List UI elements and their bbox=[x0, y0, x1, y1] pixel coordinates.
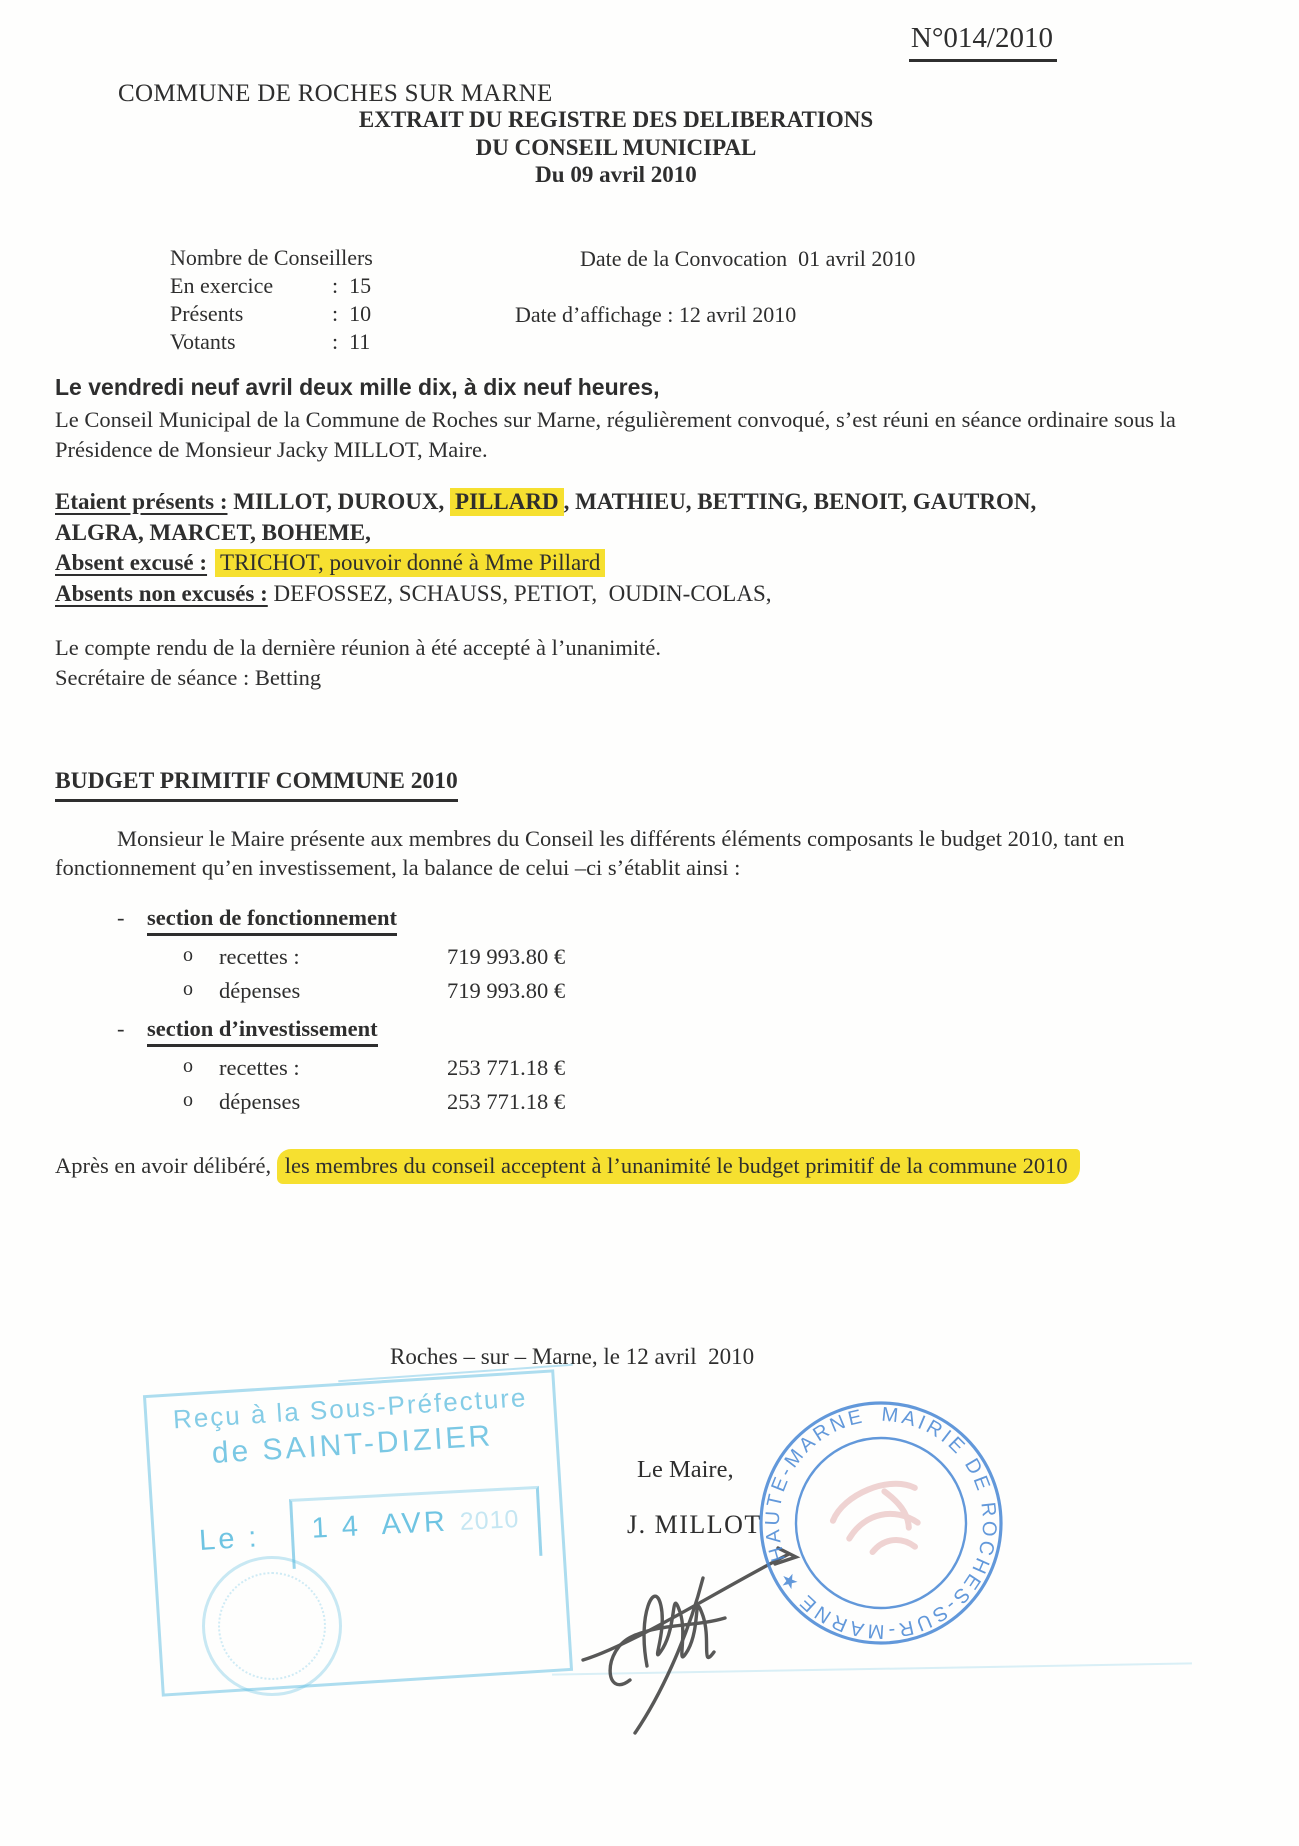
non-excused-absent-label: Absents non excusés : bbox=[55, 581, 268, 606]
presents-name-highlighted: PILLARD bbox=[450, 488, 564, 516]
budget-section-name: section d’investissement bbox=[147, 1016, 378, 1047]
budget-section-name: section de fonctionnement bbox=[147, 905, 397, 936]
title-line-2: DU CONSEIL MUNICIPAL bbox=[0, 134, 1232, 162]
stamp-inner-ring bbox=[796, 1438, 966, 1608]
session-datetime-line: Le vendredi neuf avril deux mille dix, à… bbox=[55, 374, 660, 401]
attendance-block: Etaient présents : MILLOT, DUROUX, PILLA… bbox=[55, 487, 1055, 609]
session-secretary-line: Secrétaire de séance : Betting bbox=[55, 663, 661, 693]
deliberation-decision-line: Après en avoir délibéré, les membres du … bbox=[55, 1153, 1080, 1179]
budget-line-item: o dépenses 253 771.18 € bbox=[55, 1089, 565, 1115]
counselors-row: Votants : 11 bbox=[170, 328, 373, 356]
svg-text:MAIRIE DE ROCHES-SUR-MARNE ★ H: MAIRIE DE ROCHES-SUR-MARNE ★ HAUTE-MARNE… bbox=[754, 1396, 1000, 1642]
counter-value: : 15 bbox=[332, 272, 371, 300]
budget-item-value: 719 993.80 € bbox=[447, 978, 565, 1004]
counselors-row: Présents : 10 bbox=[170, 300, 373, 328]
counter-label: Présents bbox=[170, 300, 332, 328]
counselors-count-block: Nombre de Conseillers En exercice : 15 P… bbox=[170, 244, 373, 356]
counter-label: En exercice bbox=[170, 272, 332, 300]
decision-text-highlighted: les membres du conseil acceptent à l’una… bbox=[277, 1149, 1080, 1184]
budget-item-label: dépenses bbox=[219, 978, 447, 1004]
budget-item-label: dépenses bbox=[219, 1089, 447, 1115]
list-bullet: o bbox=[183, 1055, 219, 1081]
presents-label: Etaient présents : bbox=[55, 489, 227, 514]
stamp-circular-text: MAIRIE DE ROCHES-SUR-MARNE ★ HAUTE-MARNE… bbox=[754, 1396, 1000, 1642]
budget-item-label: recettes : bbox=[219, 1055, 447, 1081]
list-dash: - bbox=[117, 1016, 147, 1047]
counter-value: : 11 bbox=[332, 328, 370, 356]
budget-line-item: o recettes : 253 771.18 € bbox=[55, 1055, 565, 1081]
signer-title: Le Maire, bbox=[637, 1456, 734, 1484]
excused-absent-label: Absent excusé : bbox=[55, 550, 207, 575]
prefecture-stamp-year: 2010 bbox=[459, 1505, 520, 1537]
place-and-date-line: Roches – sur – Marne, le 12 avril 2010 bbox=[390, 1344, 754, 1370]
budget-item-value: 253 771.18 € bbox=[447, 1055, 565, 1081]
prefecture-round-seal bbox=[202, 1556, 342, 1696]
stamp-center-emblem bbox=[827, 1476, 932, 1569]
list-bullet: o bbox=[183, 978, 219, 1004]
prefecture-stamp-date: 1 4 AVR bbox=[311, 1506, 449, 1546]
budget-item-label: recettes : bbox=[219, 944, 447, 970]
excused-absent-text-highlighted: TRICHOT, pouvoir donné à Mme Pillard bbox=[215, 549, 605, 577]
counter-value: : 10 bbox=[332, 300, 371, 328]
document-title: EXTRAIT DU REGISTRE DES DELIBERATIONS DU… bbox=[0, 106, 1232, 189]
budget-line-item: o dépenses 719 993.80 € bbox=[55, 978, 565, 1004]
budget-section-investissement: - section d’investissement o recettes : … bbox=[55, 1016, 565, 1115]
commune-name: COMMUNE DE ROCHES SUR MARNE bbox=[118, 80, 553, 108]
title-line-1: EXTRAIT DU REGISTRE DES DELIBERATIONS bbox=[0, 106, 1232, 134]
mairie-round-stamp: MAIRIE DE ROCHES-SUR-MARNE ★ HAUTE-MARNE… bbox=[754, 1396, 1008, 1650]
counselors-header: Nombre de Conseillers bbox=[170, 244, 373, 272]
budget-intro-paragraph: Monsieur le Maire présente aux membres d… bbox=[55, 824, 1255, 882]
list-bullet: o bbox=[183, 1089, 219, 1115]
presents-names-1: MILLOT, DUROUX, bbox=[227, 489, 450, 514]
display-date: Date d’affichage : 12 avril 2010 bbox=[515, 302, 796, 328]
budget-section-heading: BUDGET PRIMITIF COMMUNE 2010 bbox=[55, 768, 458, 802]
minutes-approval-block: Le compte rendu de la dernière réunion à… bbox=[55, 633, 661, 693]
list-dash: - bbox=[117, 905, 147, 936]
budget-item-value: 719 993.80 € bbox=[447, 944, 565, 970]
prefecture-stamp-le-label: Le : bbox=[198, 1521, 260, 1558]
intro-paragraph: Le Conseil Municipal de la Commune de Ro… bbox=[55, 405, 1255, 465]
scanned-document-page: N°014/2010 COMMUNE DE ROCHES SUR MARNE E… bbox=[0, 0, 1299, 1846]
non-excused-absent-text: DEFOSSEZ, SCHAUSS, PETIOT, OUDIN-COLAS, bbox=[268, 581, 772, 606]
minutes-approval-line: Le compte rendu de la dernière réunion à… bbox=[55, 633, 661, 663]
budget-section-fonctionnement: - section de fonctionnement o recettes :… bbox=[55, 905, 565, 1004]
counselors-row: En exercice : 15 bbox=[170, 272, 373, 300]
budget-line-item: o recettes : 719 993.80 € bbox=[55, 944, 565, 970]
convocation-date: Date de la Convocation 01 avril 2010 bbox=[580, 246, 915, 272]
document-reference-number: N°014/2010 bbox=[909, 22, 1057, 62]
decision-prefix: Après en avoir délibéré, bbox=[55, 1153, 277, 1178]
budget-item-value: 253 771.18 € bbox=[447, 1089, 565, 1115]
title-line-3: Du 09 avril 2010 bbox=[0, 161, 1232, 189]
prefecture-stamp-date-box: 1 4 AVR 2010 bbox=[289, 1486, 542, 1569]
list-bullet: o bbox=[183, 944, 219, 970]
counter-label: Votants bbox=[170, 328, 332, 356]
